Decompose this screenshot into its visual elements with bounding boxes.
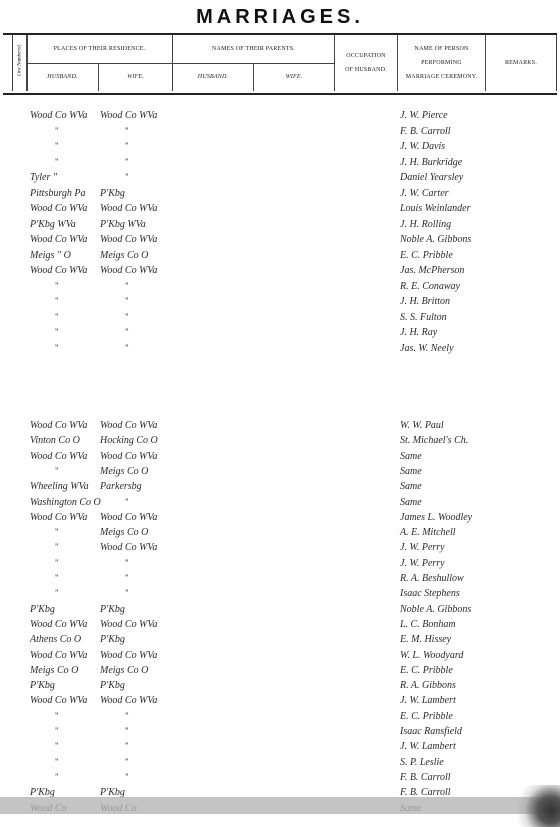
wife-residence: " <box>125 558 129 568</box>
husband-residence: Meigs " O <box>30 250 71 261</box>
wife-residence: Wood Co WVa <box>100 619 157 630</box>
wife-residence: " <box>125 573 129 583</box>
officiant-name: E. C. Pribble <box>400 711 453 722</box>
husband-residence: " <box>55 757 59 767</box>
husband-residence: P'Kbg <box>30 680 55 691</box>
wife-residence: " <box>125 281 129 291</box>
husband-residence: Wheeling WVa <box>30 481 89 492</box>
husband-residence: Wood Co WVa <box>30 234 87 245</box>
wife-residence: Wood Co WVa <box>100 110 157 121</box>
officiant-name: Same <box>400 466 422 477</box>
wife-residence: " <box>125 711 129 721</box>
wife-residence: " <box>125 126 129 136</box>
husband-residence: Athens Co O <box>30 634 81 645</box>
wife-residence: " <box>125 497 129 507</box>
officiant-name: J. W. Pierce <box>400 110 448 121</box>
wife-residence: P'Kbg WVa <box>100 219 146 230</box>
wife-residence: Meigs Co O <box>100 665 148 676</box>
wife-residence: P'Kbg <box>100 604 125 615</box>
officiant-name: Same <box>400 497 422 508</box>
wife-residence: Wood Co WVa <box>100 420 157 431</box>
wife-residence: Hocking Co O <box>100 435 158 446</box>
husband-residence: Wood Co WVa <box>30 203 87 214</box>
husband-residence: Vinton Co O <box>30 435 80 446</box>
husband-residence: P'Kbg <box>30 604 55 615</box>
husband-residence: Wood Co WVa <box>30 420 87 431</box>
officiant-name: R. E. Conaway <box>400 281 460 292</box>
husband-residence: Washington Co O <box>30 497 101 508</box>
husband-residence: Wood Co WVa <box>30 619 87 630</box>
husband-residence: Wood Co WVa <box>30 110 87 121</box>
officiant-name: Louis Weinlander <box>400 203 470 214</box>
remarks-header: REMARKS. <box>485 35 557 91</box>
husband-residence: " <box>55 296 59 306</box>
husband-residence: " <box>55 466 59 476</box>
wife-residence: " <box>125 757 129 767</box>
wife-residence: P'Kbg <box>100 188 125 199</box>
wife-residence: " <box>125 726 129 736</box>
officiant-name: L. C. Bonham <box>400 619 456 630</box>
page-title: MARRIAGES. <box>0 6 560 29</box>
wife-residence: " <box>125 157 129 167</box>
wife-residence: Meigs Co O <box>100 466 148 477</box>
register-header: Line Numbered. PLACES OF THEIR RESIDENCE… <box>3 33 557 95</box>
wife-residence: " <box>125 741 129 751</box>
wife-residence: Wood Co WVa <box>100 234 157 245</box>
officiant-name: J. W. Lambert <box>400 741 456 752</box>
officiant-name: James L. Woodley <box>400 512 472 523</box>
officiant-name: A. E. Mitchell <box>400 527 456 538</box>
wife-residence: P'Kbg <box>100 680 125 691</box>
wife-residence: Wood Co WVa <box>100 203 157 214</box>
husband-residence: " <box>55 542 59 552</box>
officiant-name: R. A. Beshullow <box>400 573 464 584</box>
officiant-name: S. S. Fulton <box>400 312 447 323</box>
officiant-name: Same <box>400 451 422 462</box>
officiant-name: W. L. Woodyard <box>400 650 463 661</box>
husband-residence: " <box>55 343 59 353</box>
officiant-name: J. W. Lambert <box>400 695 456 706</box>
officiant-name: S. P. Leslie <box>400 757 444 768</box>
wife-residence: Meigs Co O <box>100 250 148 261</box>
husband-residence: " <box>55 312 59 322</box>
parents-husband-header: HUSBAND. <box>172 64 253 91</box>
husband-residence: " <box>55 741 59 751</box>
officiant-header: NAME OF PERSON PERFORMING MARRIAGE CEREM… <box>397 35 485 91</box>
husband-residence: Wood Co WVa <box>30 265 87 276</box>
officiant-name: E. C. Pribble <box>400 665 453 676</box>
wife-residence: Wood Co WVa <box>100 695 157 706</box>
wife-residence: Parkersbg <box>100 481 142 492</box>
wife-residence: " <box>125 588 129 598</box>
wife-residence: Wood Co WVa <box>100 512 157 523</box>
husband-residence: " <box>55 527 59 537</box>
officiant-name: E. M. Hissey <box>400 634 451 645</box>
husband-residence: " <box>55 588 59 598</box>
officiant-name: J. W. Perry <box>400 542 445 553</box>
husband-residence: Wood Co WVa <box>30 512 87 523</box>
places-of-residence-header: PLACES OF THEIR RESIDENCE. <box>26 35 172 64</box>
officiant-name: W. W. Paul <box>400 420 444 431</box>
husband-residence: Pittsburgh Pa <box>30 188 85 199</box>
officiant-name: F. B. Carroll <box>400 126 451 137</box>
officiant-name: J. H. Burkridge <box>400 157 462 168</box>
officiant-name: R. A. Gibbons <box>400 680 456 691</box>
officiant-name: Noble A. Gibbons <box>400 604 471 615</box>
wife-residence: Meigs Co O <box>100 527 148 538</box>
officiant-name: J. W. Carter <box>400 188 449 199</box>
husband-residence: Wood Co WVa <box>30 451 87 462</box>
husband-residence: " <box>55 573 59 583</box>
wife-residence: " <box>125 327 129 337</box>
officiant-name: Daniel Yearsley <box>400 172 463 183</box>
places-husband-header: HUSBAND. <box>26 64 98 91</box>
wife-residence: " <box>125 172 129 182</box>
officiant-name: F. B. Carroll <box>400 772 451 783</box>
officiant-name: St. Michael's Ch. <box>400 435 468 446</box>
husband-residence: " <box>55 126 59 136</box>
places-wife-header: WIFE. <box>98 64 172 91</box>
husband-residence: " <box>55 141 59 151</box>
officiant-name: Isaac Stephens <box>400 588 460 599</box>
officiant-name: Noble A. Gibbons <box>400 234 471 245</box>
wife-residence: Wood Co WVa <box>100 650 157 661</box>
husband-residence: Wood Co WVa <box>30 695 87 706</box>
wife-residence: " <box>125 296 129 306</box>
scan-artifact-band <box>0 797 560 814</box>
wife-residence: " <box>125 343 129 353</box>
wife-residence: P'Kbg <box>100 634 125 645</box>
wife-residence: Wood Co WVa <box>100 265 157 276</box>
scan-smudge <box>515 785 560 827</box>
husband-residence: Meigs Co O <box>30 665 78 676</box>
officiant-name: Jas. W. Neely <box>400 343 454 354</box>
wife-residence: Wood Co WVa <box>100 451 157 462</box>
officiant-name: Same <box>400 481 422 492</box>
wife-residence: " <box>125 312 129 322</box>
occupation-header: OCCUPATION OF HUSBAND. <box>334 35 397 91</box>
officiant-name: Jas. McPherson <box>400 265 464 276</box>
officiant-name: J. W. Perry <box>400 558 445 569</box>
officiant-name: Isaac Ransfield <box>400 726 462 737</box>
husband-residence: " <box>55 327 59 337</box>
officiant-name: J. W. Davis <box>400 141 445 152</box>
officiant-name: J. H. Britton <box>400 296 450 307</box>
husband-residence: " <box>55 558 59 568</box>
officiant-name: E. C. Pribble <box>400 250 453 261</box>
husband-residence: " <box>55 711 59 721</box>
husband-residence: " <box>55 157 59 167</box>
wife-residence: Wood Co WVa <box>100 542 157 553</box>
parents-wife-header: WIFE. <box>253 64 334 91</box>
husband-residence: " <box>55 281 59 291</box>
husband-residence: " <box>55 726 59 736</box>
names-of-parents-header: NAMES OF THEIR PARENTS. <box>172 35 334 64</box>
husband-residence: Wood Co WVa <box>30 650 87 661</box>
officiant-name: J. H. Rolling <box>400 219 451 230</box>
wife-residence: " <box>125 772 129 782</box>
husband-residence: P'Kbg WVa <box>30 219 76 230</box>
husband-residence: " <box>55 772 59 782</box>
officiant-name: J. H. Ray <box>400 327 437 338</box>
husband-residence: Tyler " <box>30 172 57 183</box>
wife-residence: " <box>125 141 129 151</box>
